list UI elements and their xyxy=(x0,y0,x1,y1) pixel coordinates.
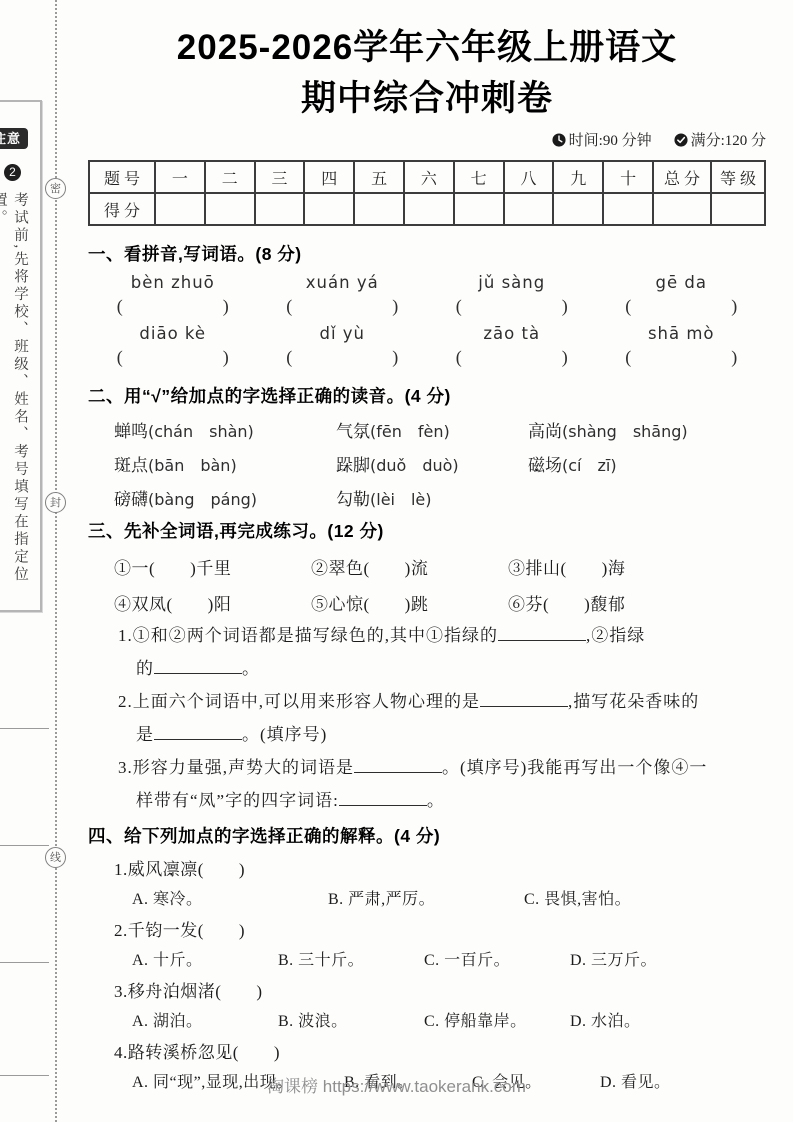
pinyin-text: gē da xyxy=(597,273,767,292)
pinyin-row-1: bèn zhuō () xuán yá () jǔ sàng () gē da … xyxy=(88,273,766,317)
pinyin-item: zāo tà () xyxy=(427,324,597,368)
dotted-char: 磁 xyxy=(528,456,545,475)
section3-q1-line1: 1.①和②两个词语都是描写绿色的,其中①指绿的,②指绿 xyxy=(88,623,766,648)
pinyin-item: gē da () xyxy=(597,273,767,317)
pinyin-item: xuán yá () xyxy=(258,273,428,317)
option: A. 十斤。 xyxy=(132,947,278,970)
notice-number-badge: 2 xyxy=(4,164,21,181)
score-table-cell: 等 级 xyxy=(711,161,765,193)
pinyin-item: dǐ yù () xyxy=(258,324,428,368)
seal-char-mi: 密 xyxy=(45,178,66,199)
form-field-line xyxy=(0,728,49,729)
exam-info-bar: 时间:90 分钟 满分:120 分 xyxy=(88,129,766,150)
clock-icon xyxy=(552,133,566,147)
score-table-cell: 九 xyxy=(553,161,603,193)
score-table-cell: 五 xyxy=(354,161,404,193)
pinyin-text: bèn zhuō xyxy=(88,273,258,292)
dotted-char: 泊 xyxy=(163,982,181,1001)
answer-parentheses: () xyxy=(456,347,568,368)
answer-parentheses: () xyxy=(286,347,398,368)
section4-options-2: A. 十斤。 B. 三十斤。 C. 一百斤。 D. 三万斤。 xyxy=(88,947,766,970)
section3-heading: 三、先补全词语,再完成练习。(12 分) xyxy=(88,518,766,543)
score-cell-empty xyxy=(653,193,711,225)
answer-parentheses: () xyxy=(625,296,737,317)
dotted-char: 钧 xyxy=(145,921,163,940)
score-cell-empty xyxy=(155,193,205,225)
section4-item-3: 3.移舟泊烟渚( ) xyxy=(88,977,766,1002)
idiom-item: ⑥芬( )馥郁 xyxy=(508,590,705,615)
section3-q3-line2: 样带有“凤”字的四字词语:。 xyxy=(88,788,766,813)
pronunciation-row-3: 磅礴(bàng páng) 勾勒(lèi lè) xyxy=(88,485,766,510)
score-cell-empty xyxy=(404,193,454,225)
answer-parentheses: () xyxy=(456,296,568,317)
pronunciation-item: 磁场(cí zī) xyxy=(528,451,617,476)
pinyin-row-2: diāo kè () dǐ yù () zāo tà () shā mò () xyxy=(88,324,766,368)
idiom-row-2: ④双凤( )阳 ⑤心惊( )跳 ⑥芬( )馥郁 xyxy=(88,590,766,615)
section3-q1-line2: 的。 xyxy=(88,656,766,681)
answer-parentheses: () xyxy=(286,296,398,317)
section4-options-1: A. 寒冷。 B. 严肃,严厉。 C. 畏惧,害怕。 xyxy=(88,886,766,909)
check-circle-icon xyxy=(674,133,688,147)
form-field-line xyxy=(0,845,49,846)
option: D. 水泊。 xyxy=(570,1008,716,1031)
section4-item-4: 4.路转溪桥忽见( ) xyxy=(88,1038,766,1063)
score-table-cell: 二 xyxy=(205,161,255,193)
answer-blank xyxy=(480,692,568,707)
score-cell-empty xyxy=(711,193,765,225)
dotted-char: 蝉 xyxy=(114,422,131,441)
seal-dotted-line xyxy=(55,0,57,1122)
time-label: 时间:90 分钟 xyxy=(569,129,652,150)
main-content: 2025-2026学年六年级上册语文 期中综合冲刺卷 时间:90 分钟 满分:1… xyxy=(88,22,766,1092)
dotted-char: 尚 xyxy=(545,422,562,441)
section4-heading: 四、给下列加点的字选择正确的解释。(4 分) xyxy=(88,823,766,848)
pronunciation-item: 勾勒(lèi lè) xyxy=(336,485,528,510)
dotted-char: 氛 xyxy=(353,422,370,441)
score-table-cell: 总 分 xyxy=(653,161,711,193)
paper-title-line2: 期中综合冲刺卷 xyxy=(88,73,766,124)
score-cell-empty xyxy=(255,193,305,225)
score-table-score-row: 得 分 xyxy=(89,193,765,225)
score-cell-empty xyxy=(205,193,255,225)
paper-title-line1: 2025-2026学年六年级上册语文 xyxy=(88,22,766,73)
pinyin-text: dǐ yù xyxy=(258,324,428,343)
score-cell-empty xyxy=(454,193,504,225)
answer-parentheses: () xyxy=(117,347,229,368)
option: A. 寒冷。 xyxy=(132,886,328,909)
score-table-cell: 八 xyxy=(504,161,554,193)
answer-blank xyxy=(154,659,242,674)
pinyin-item: shā mò () xyxy=(597,324,767,368)
score-table-cell: 题 号 xyxy=(89,161,155,193)
option: B. 三十斤。 xyxy=(278,947,424,970)
pronunciation-row-1: 蝉鸣(chán shàn) 气氛(fēn fèn) 高尚(shàng shāng… xyxy=(88,417,766,442)
option: C. 畏惧,害怕。 xyxy=(524,886,720,909)
dotted-char: 凛 xyxy=(163,860,181,879)
pinyin-item: bèn zhuō () xyxy=(88,273,258,317)
watermark-footer: 淘课榜 https://www.taokerank.com xyxy=(0,1072,793,1097)
score-cell-empty xyxy=(354,193,404,225)
section4-item-1: 1.威风凛凛( ) xyxy=(88,855,766,880)
score-row-label: 得 分 xyxy=(89,193,155,225)
score-cell-empty xyxy=(553,193,603,225)
option: A. 湖泊。 xyxy=(132,1008,278,1031)
dotted-char: 磅 xyxy=(114,490,131,509)
score-table-cell: 十 xyxy=(603,161,653,193)
notice-badge: 注意 xyxy=(0,128,28,149)
full-score-info: 满分:120 分 xyxy=(674,129,766,150)
pronunciation-item: 跺脚(duǒ duò) xyxy=(336,451,528,476)
dotted-char: 勒 xyxy=(353,490,370,509)
exam-paper-page: 密 封 线 注意 2 考试前,先将学校、班级、姓名、考号填写在指定位置。 202… xyxy=(0,0,793,1122)
answer-parentheses: () xyxy=(117,296,229,317)
score-table-cell: 六 xyxy=(404,161,454,193)
pinyin-item: diāo kè () xyxy=(88,324,258,368)
notice-box: 注意 2 考试前,先将学校、班级、姓名、考号填写在指定位置。 xyxy=(0,100,42,612)
pronunciation-item: 斑点(bān bàn) xyxy=(114,451,336,476)
section2-heading: 二、用“√”给加点的字选择正确的读音。(4 分) xyxy=(88,383,766,408)
score-table-cell: 三 xyxy=(255,161,305,193)
score-table-cell: 一 xyxy=(155,161,205,193)
idiom-row-1: ①一( )千里 ②翠色( )流 ③排山( )海 xyxy=(88,554,766,579)
pinyin-item: jǔ sàng () xyxy=(427,273,597,317)
form-field-line xyxy=(0,962,49,963)
section3-q3-line1: 3.形容力量强,声势大的词语是。(填序号)我能再写出一个像④一 xyxy=(88,755,766,780)
seal-char-feng: 封 xyxy=(45,492,66,513)
pinyin-text: shā mò xyxy=(597,324,767,343)
option: B. 严肃,严厉。 xyxy=(328,886,524,909)
score-table: 题 号 一 二 三 四 五 六 七 八 九 十 总 分 等 级 得 分 xyxy=(88,160,766,226)
section1-heading: 一、看拼音,写词语。(8 分) xyxy=(88,241,766,266)
idiom-item: ⑤心惊( )跳 xyxy=(311,590,508,615)
score-table-cell: 四 xyxy=(304,161,354,193)
option: C. 一百斤。 xyxy=(424,947,570,970)
answer-blank xyxy=(498,626,586,641)
dotted-char: 跺 xyxy=(336,456,353,475)
score-cell-empty xyxy=(504,193,554,225)
dotted-char: 见 xyxy=(215,1043,233,1062)
section3-q2-line1: 2.上面六个词语中,可以用来形容人物心理的是,描写花朵香味的 xyxy=(88,689,766,714)
pinyin-text: xuán yá xyxy=(258,273,428,292)
answer-blank xyxy=(154,725,242,740)
section4-item-2: 2.千钧一发( ) xyxy=(88,916,766,941)
notice-instruction-text: 考试前,先将学校、班级、姓名、考号填写在指定位置。 xyxy=(0,192,31,602)
section3-q2-line2: 是。(填序号) xyxy=(88,722,766,747)
time-info: 时间:90 分钟 xyxy=(552,129,652,150)
option: D. 三万斤。 xyxy=(570,947,716,970)
pronunciation-row-2: 斑点(bān bàn) 跺脚(duǒ duò) 磁场(cí zī) xyxy=(88,451,766,476)
idiom-item: ④双凤( )阳 xyxy=(114,590,311,615)
pronunciation-item: 磅礴(bàng páng) xyxy=(114,485,336,510)
option: C. 停船靠岸。 xyxy=(424,1008,570,1031)
idiom-item: ③排山( )海 xyxy=(508,554,705,579)
pronunciation-item: 高尚(shàng shāng) xyxy=(528,417,688,442)
pinyin-text: diāo kè xyxy=(88,324,258,343)
score-cell-empty xyxy=(304,193,354,225)
option: B. 波浪。 xyxy=(278,1008,424,1031)
pinyin-text: jǔ sàng xyxy=(427,273,597,292)
pronunciation-item: 气氛(fēn fèn) xyxy=(336,417,528,442)
seal-char-xian: 线 xyxy=(45,847,66,868)
dotted-char: 斑 xyxy=(114,456,131,475)
full-score-label: 满分:120 分 xyxy=(691,129,766,150)
section4-options-3: A. 湖泊。 B. 波浪。 C. 停船靠岸。 D. 水泊。 xyxy=(88,1008,766,1031)
idiom-item: ①一( )千里 xyxy=(114,554,311,579)
pronunciation-item: 蝉鸣(chán shàn) xyxy=(114,417,336,442)
answer-blank xyxy=(339,791,427,806)
score-table-header-row: 题 号 一 二 三 四 五 六 七 八 九 十 总 分 等 级 xyxy=(89,161,765,193)
answer-parentheses: () xyxy=(625,347,737,368)
score-table-cell: 七 xyxy=(454,161,504,193)
answer-blank xyxy=(354,758,442,773)
score-cell-empty xyxy=(603,193,653,225)
idiom-item: ②翠色( )流 xyxy=(311,554,508,579)
pinyin-text: zāo tà xyxy=(427,324,597,343)
